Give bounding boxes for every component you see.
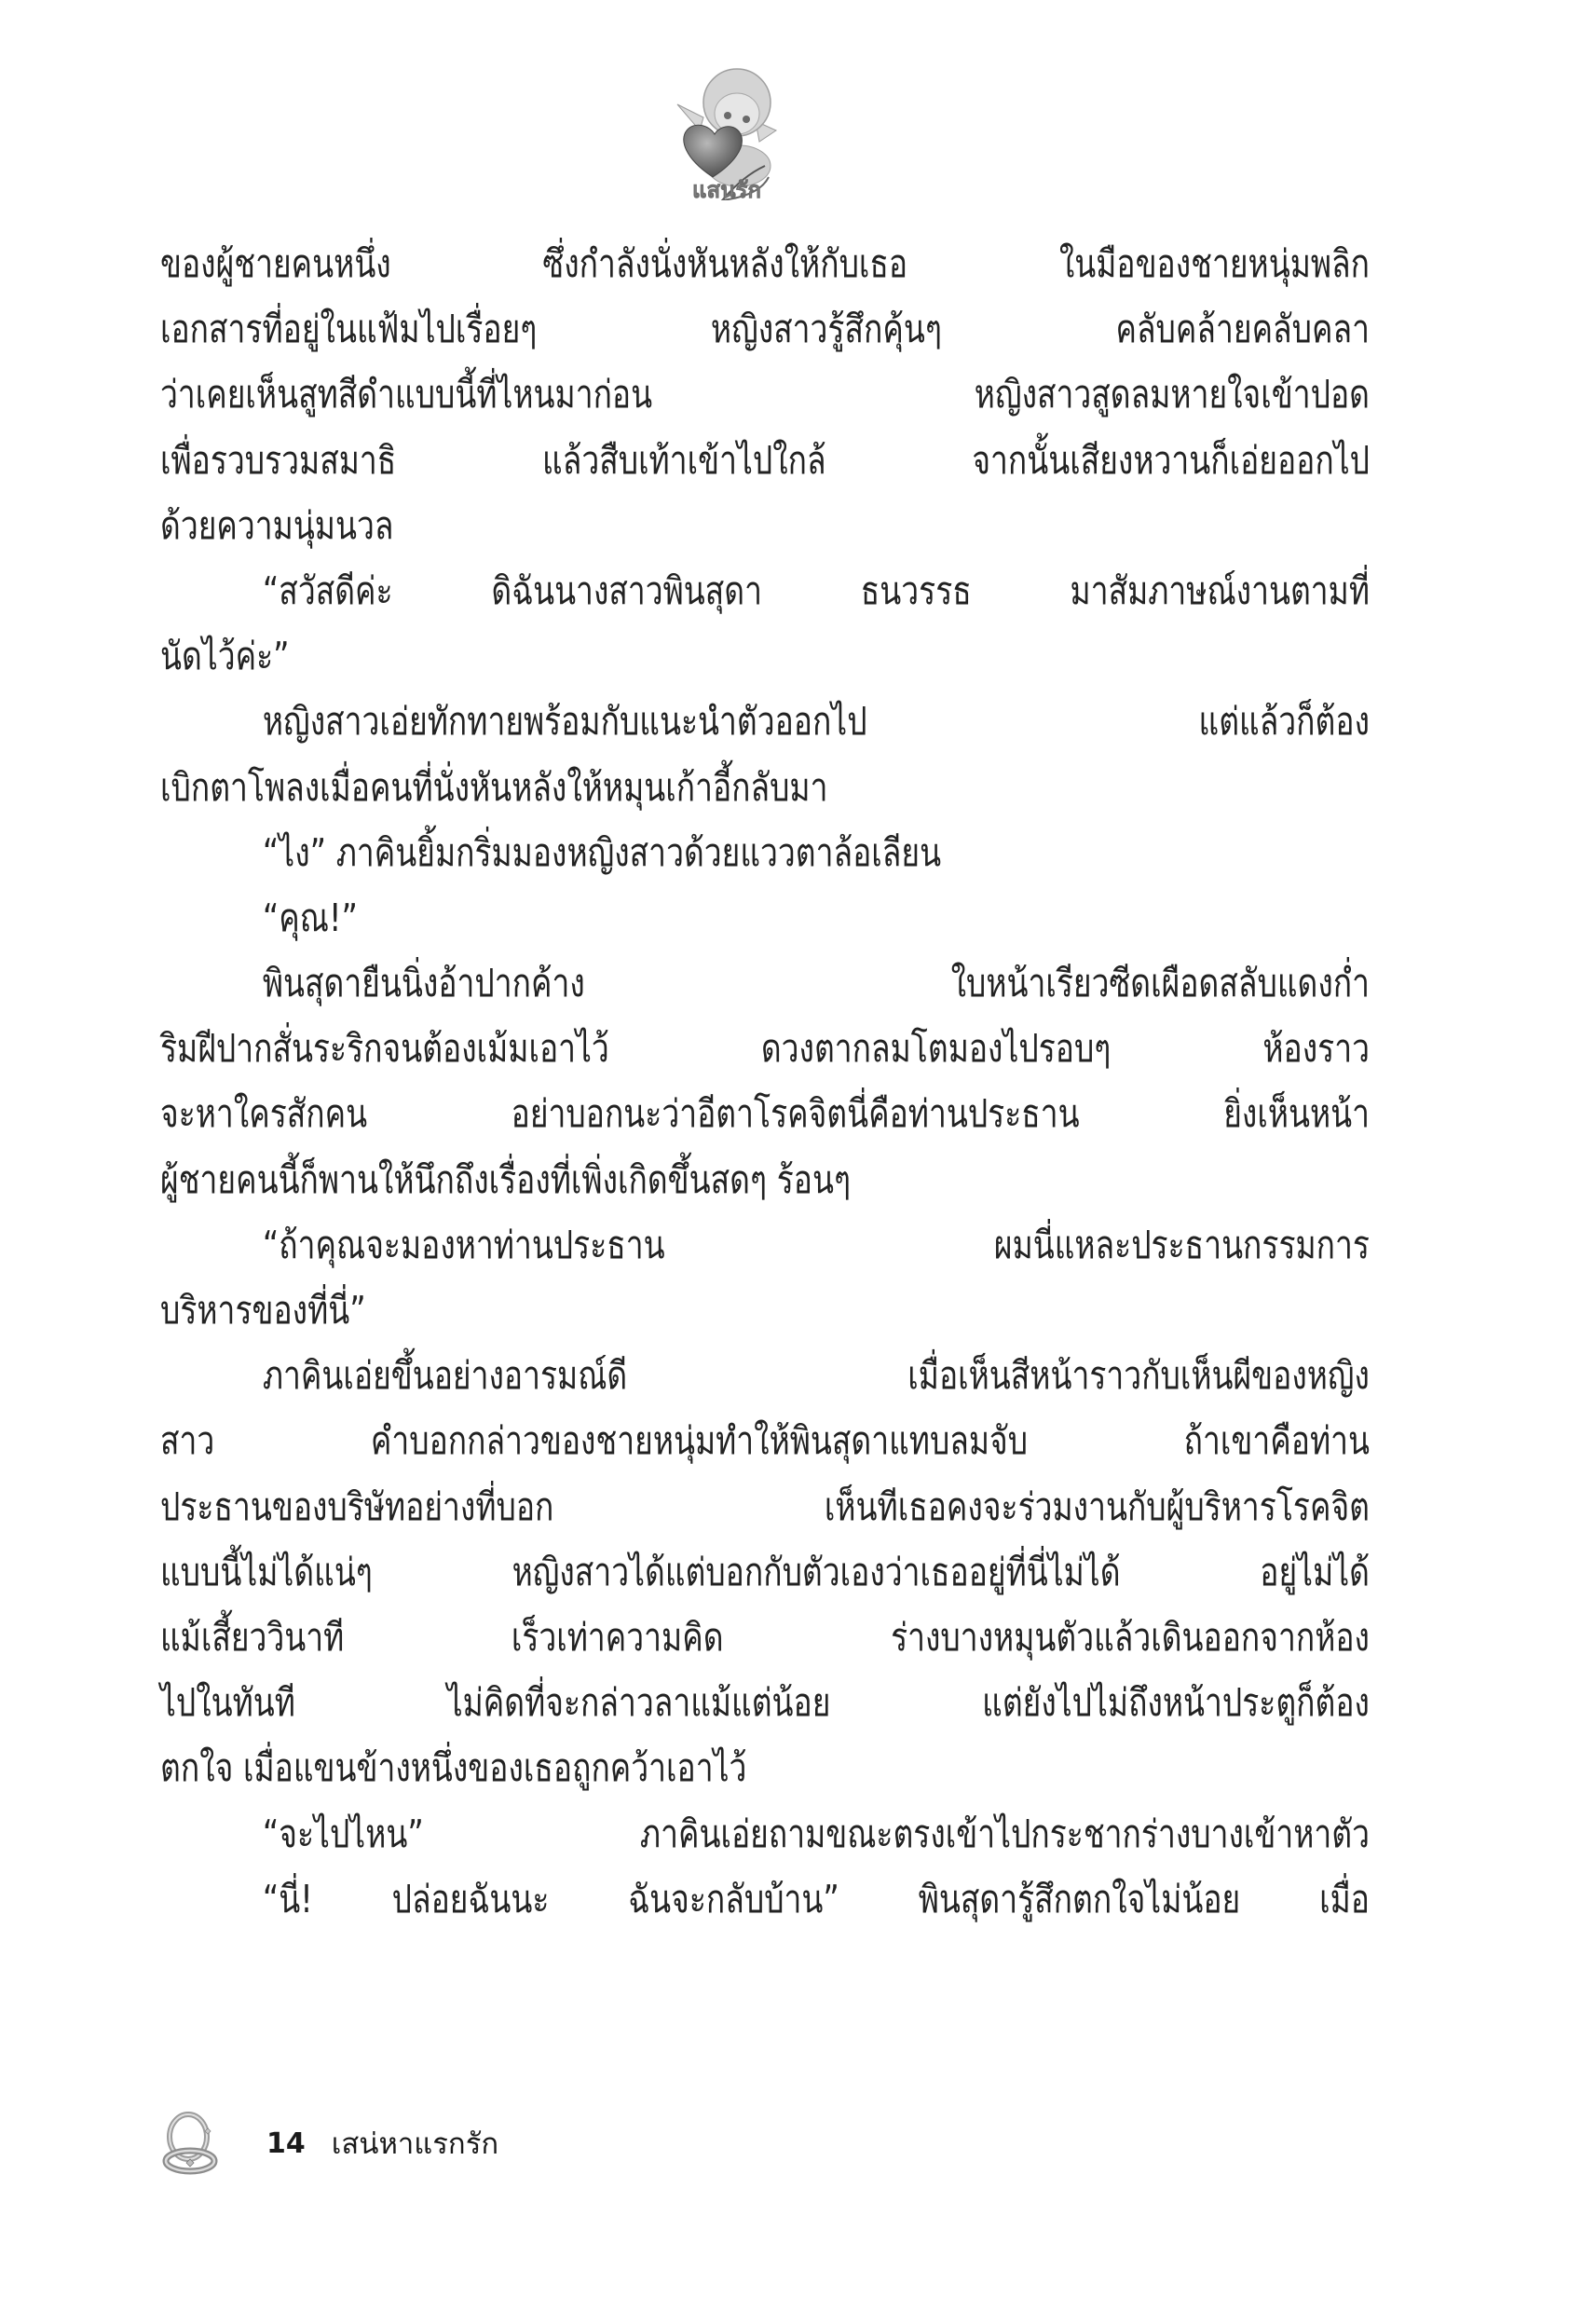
text-line: บริหารของที่นี่” [160,1278,1370,1343]
text-line: หญิงสาวเอ่ยทักทายพร้อมกับแนะนำตัวออกไป แ… [160,689,1370,754]
text-line: ตกใจ เมื่อแขนข้างหนึ่งของเธอถูกคว้าเอาไว… [160,1735,1370,1800]
text-line: ว่าเคยเห็นสูทสีดำแบบนี้ที่ไหนมาก่อน หญิง… [160,362,1370,427]
text-line: แม้เสี้ยววินาที เร็วเท่าความคิด ร่างบางห… [160,1605,1370,1670]
book-title: เสน่หาแรกรัก [332,2120,498,2167]
text-line: พินสุดายืนนิ่งอ้าปากค้าง ใบหน้าเรียวซีดเ… [160,950,1370,1016]
text-line: ด้วยความนุ่มนวล [160,493,1370,558]
text-line: เพื่อรวบรวมสมาธิ แล้วสืบเท้าเข้าไปใกล้ จ… [160,428,1370,493]
text-line: ประธานของบริษัทอย่างที่บอก เห็นทีเธอคงจะ… [160,1474,1370,1539]
text-line: สาว คำบอกกล่าวของชายหนุ่มทำให้พินสุดาแทบ… [160,1408,1370,1473]
text-line: “นี่! ปล่อยฉันนะ ฉันจะกลับบ้าน” พินสุดาร… [160,1867,1370,1932]
page-number: 14 [266,2127,306,2160]
text-line: ผู้ชายคนนี้ก็พานให้นึกถึงเรื่องที่เพิ่งเ… [160,1147,1370,1212]
text-line: “ไง” ภาคินยิ้มกริ่มมองหญิงสาวด้วยแววตาล้… [160,820,1370,885]
text-line: ภาคินเอ่ยขึ้นอย่างอารมณ์ดี เมื่อเห็นสีหน… [160,1343,1370,1408]
cupid-with-heart-icon: แสนรัก [666,37,787,200]
text-line: “คุณ!” [160,885,1370,950]
text-line: “ถ้าคุณจะมองหาท่านประธาน ผมนี่แหละประธาน… [160,1212,1370,1278]
text-line: “สวัสดีค่ะ ดิฉันนางสาวพินสุดา ธนวรรธ มาส… [160,558,1370,623]
book-page: แสนรัก ของผู้ชายคนหนึ่ง ซึ่งกำลังนั่งหัน… [0,0,1596,2311]
text-line: ของผู้ชายคนหนึ่ง ซึ่งกำลังนั่งหันหลังให้… [160,231,1370,296]
story-text: ของผู้ชายคนหนึ่ง ซึ่งกำลังนั่งหันหลังให้… [160,231,1370,1932]
wedding-rings-icon [157,2111,229,2176]
text-line: แบบนี้ไม่ได้แน่ๆ หญิงสาวได้แต่บอกกับตัวเ… [160,1539,1370,1605]
text-line: “จะไปไหน” ภาคินเอ่ยถามขณะตรงเข้าไปกระชาก… [160,1801,1370,1867]
text-line: ริมฝีปากสั่นระริกจนต้องเม้มเอาไว้ ดวงตาก… [160,1016,1370,1081]
text-line: จะหาใครสักคน อย่าบอกนะว่าอีตาโรคจิตนี่คื… [160,1081,1370,1146]
text-line: นัดไว้ค่ะ” [160,623,1370,689]
text-line: เบิกตาโพลงเมื่อคนที่นั่งหันหลังให้หมุนเก… [160,755,1370,820]
text-line: เอกสารที่อยู่ในแฟ้มไปเรื่อยๆ หญิงสาวรู้ส… [160,296,1370,362]
text-line: ไปในทันที ไม่คิดที่จะกล่าวลาแม้แต่น้อย แ… [160,1670,1370,1735]
page-footer: 14 เสน่หาแรกรัก [157,2111,498,2176]
logo-text: แสนรัก [692,177,761,200]
